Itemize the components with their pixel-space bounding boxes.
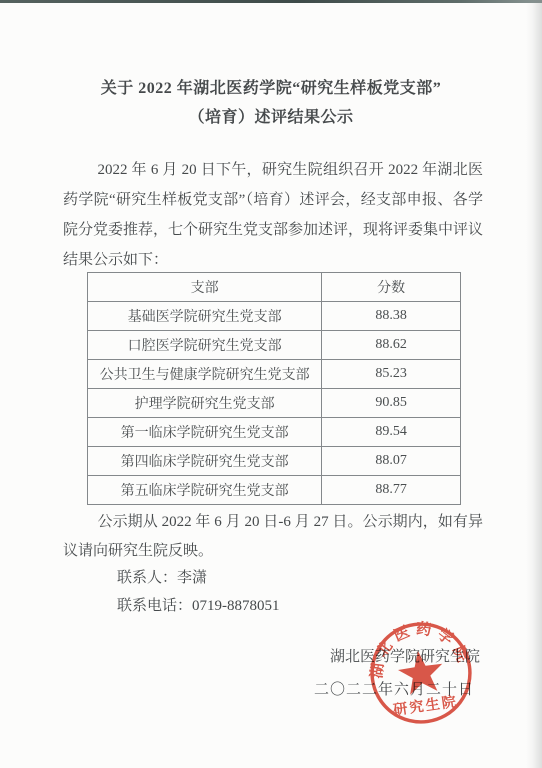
col-header-score: 分数 [322, 273, 461, 302]
score-cell: 90.85 [322, 389, 461, 418]
table-row: 护理学院研究生党支部 90.85 [88, 389, 461, 418]
branch-cell: 第四临床学院研究生党支部 [88, 447, 322, 476]
branch-cell: 口腔医学院研究生党支部 [88, 331, 322, 360]
title-line-1: 关于 2022 年湖北医药学院“研究生样板党支部” [50, 74, 492, 103]
seal-star-icon [396, 648, 446, 696]
table-row: 第一临床学院研究生党支部 89.54 [88, 418, 461, 447]
table-row: 第四临床学院研究生党支部 88.07 [88, 447, 461, 476]
score-cell: 88.38 [322, 302, 461, 331]
table-header-row: 支部 分数 [88, 273, 461, 302]
score-table: 支部 分数 基础医学院研究生党支部 88.38 口腔医学院研究生党支部 88.6… [87, 272, 461, 505]
branch-cell: 第一临床学院研究生党支部 [88, 418, 322, 447]
table-row: 口腔医学院研究生党支部 88.62 [88, 331, 461, 360]
contact-phone: 联系电话：0719-8878051 [117, 594, 280, 615]
branch-cell: 基础医学院研究生党支部 [88, 302, 322, 331]
branch-cell: 护理学院研究生党支部 [88, 389, 322, 418]
table-row: 公共卫生与健康学院研究生党支部 85.23 [88, 360, 461, 389]
score-cell: 88.77 [322, 476, 461, 505]
notice-paragraph: 公示期从 2022 年 6 月 20 日-6 月 27 日。公示期内，如有异议请… [63, 508, 483, 566]
scanner-edge-top [0, 0, 542, 3]
document-page: 关于 2022 年湖北医药学院“研究生样板党支部” （培育）述评结果公示 202… [0, 0, 542, 768]
col-header-branch: 支部 [88, 273, 322, 302]
document-title: 关于 2022 年湖北医药学院“研究生样板党支部” （培育）述评结果公示 [50, 74, 492, 132]
official-seal: 湖北医药学院 研究生院 [361, 613, 481, 733]
score-cell: 88.07 [322, 447, 461, 476]
intro-paragraph: 2022 年 6 月 20 日下午，研究生院组织召开 2022 年湖北医药学院“… [63, 155, 483, 275]
score-cell: 88.62 [322, 331, 461, 360]
contact-person: 联系人：李潇 [117, 566, 207, 587]
table-row: 第五临床学院研究生党支部 88.77 [88, 476, 461, 505]
title-line-2: （培育）述评结果公示 [50, 103, 492, 132]
table-row: 基础医学院研究生党支部 88.38 [88, 302, 461, 331]
branch-cell: 公共卫生与健康学院研究生党支部 [88, 360, 322, 389]
score-cell: 89.54 [322, 418, 461, 447]
branch-cell: 第五临床学院研究生党支部 [88, 476, 322, 505]
score-cell: 85.23 [322, 360, 461, 389]
scanner-edge-right [526, 0, 542, 768]
